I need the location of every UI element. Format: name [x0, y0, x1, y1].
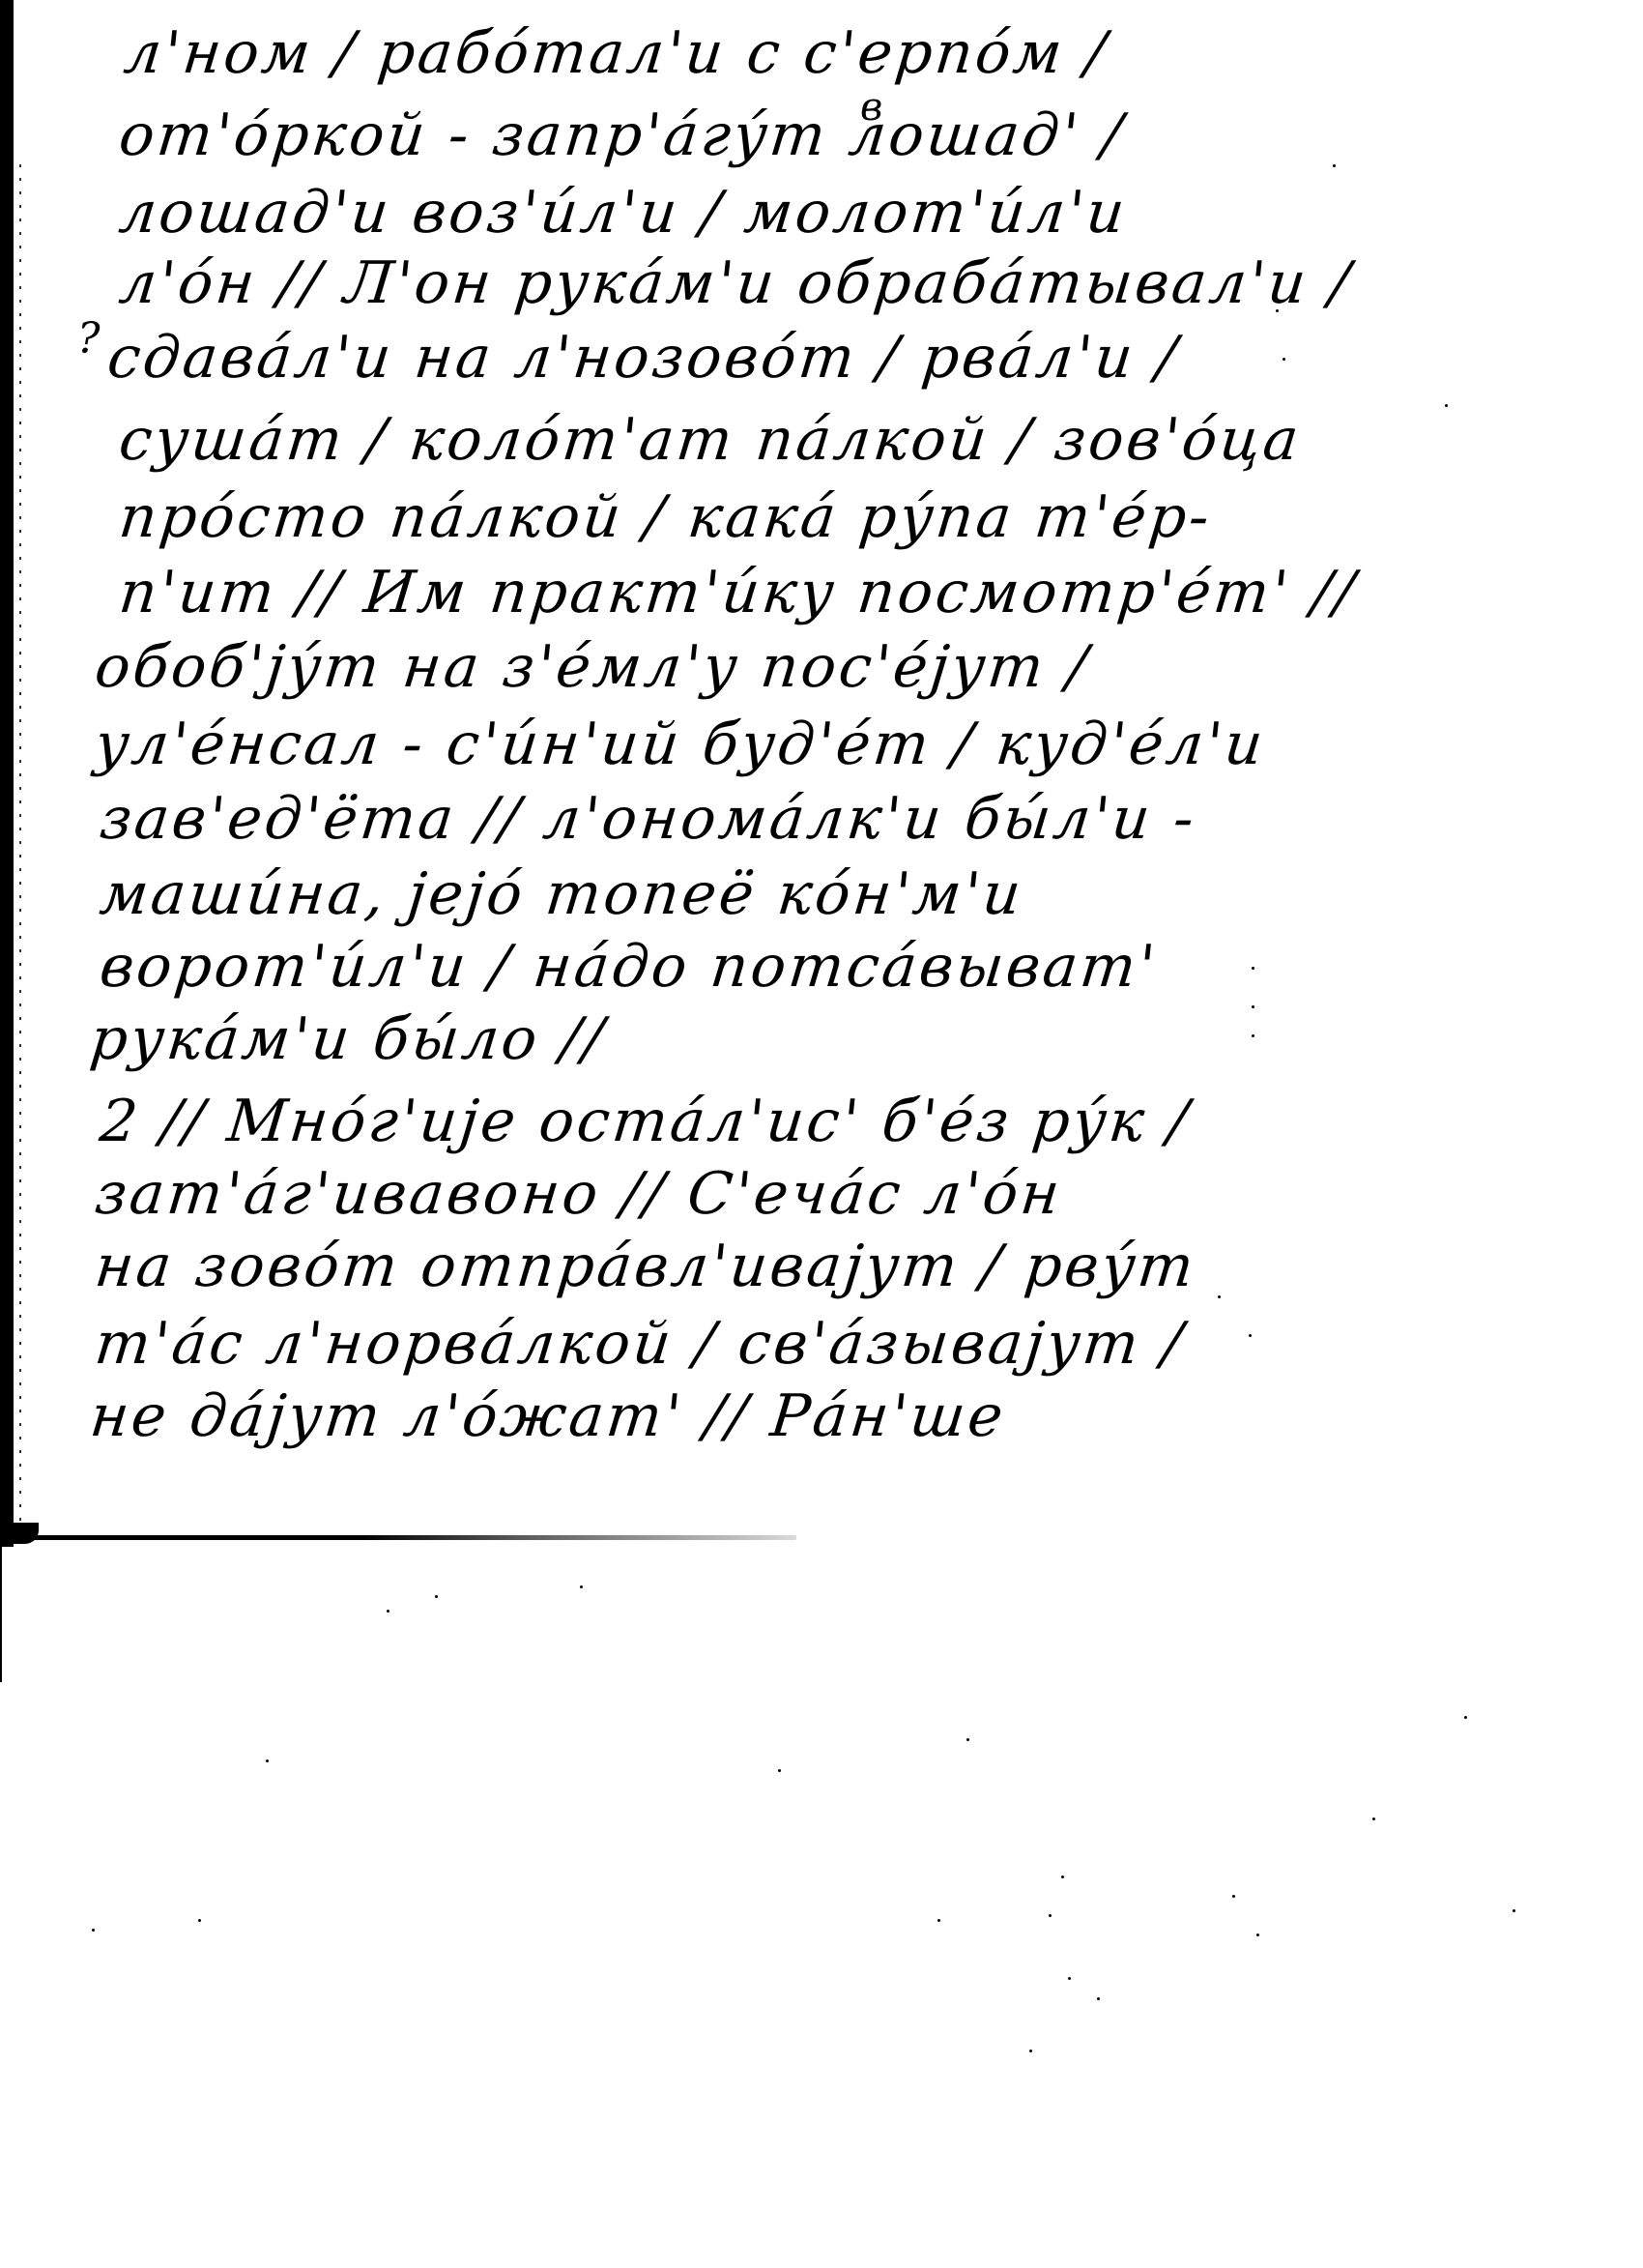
scan-speck [198, 1919, 201, 1922]
scan-speck [1445, 404, 1448, 407]
scan-speck [1029, 2050, 1032, 2052]
scan-speck [387, 1610, 389, 1613]
text-line: т'а́с л'норва́лкой / св'а́зывајут / [92, 1310, 1188, 1378]
scan-speck [1061, 1875, 1064, 1878]
scan-speck [1218, 1295, 1221, 1298]
text-line: зав'ед'ёта // л'онома́лк'и бы́л'и - [97, 785, 1199, 853]
scan-speck [580, 1585, 583, 1588]
scan-left-border [0, 0, 14, 1547]
text-line: сдава́л'и на л'нозово́т / рва́л'и / [104, 324, 1182, 392]
scan-speck [1249, 1334, 1252, 1337]
scan-bottom-edge [4, 1535, 796, 1540]
text-line: от'о́ркой - запр'а́гу́т лошад' / [116, 102, 1128, 169]
scan-speck [1464, 1716, 1467, 1719]
scan-speck [1513, 1909, 1515, 1912]
scan-speck [435, 1595, 438, 1598]
margin-question-mark: ? [77, 314, 101, 363]
scanned-page: ? л'ном / рабо́тал'и с с'ерпо́м / от'о́р… [0, 0, 1643, 2268]
scan-speck [778, 1769, 781, 1772]
scan-speck [1049, 1914, 1052, 1917]
scan-speck [1333, 164, 1336, 167]
scan-speck [1252, 1005, 1254, 1008]
scan-speck [1252, 967, 1254, 970]
scan-speck [1068, 1977, 1071, 1980]
text-line: п'ит // Им практ'и́ку посмотр'е́т' // [116, 559, 1361, 626]
text-line: маши́на, јејо́ топеё ко́н'м'и [97, 860, 1026, 928]
text-line: ул'е́нсал - с'и́н'ий буд'е́т / куд'е́л'и [92, 711, 1269, 778]
scan-speck [1256, 1934, 1259, 1936]
scan-speck [92, 1929, 95, 1932]
insertion-mark: в [860, 85, 882, 130]
text-line: зат'а́г'ивавоно // С'еча́с л'о́н [92, 1160, 1065, 1228]
scan-speck [966, 1738, 969, 1741]
scan-speck [1252, 1034, 1254, 1037]
text-line: на зово́т отпра́вл'ивајут / рву́т [92, 1233, 1199, 1300]
scan-speck [1276, 309, 1279, 312]
text-line: ворот'и́л'и / на́до потса́выват' [97, 933, 1161, 1001]
text-line: л'ном / рабо́тал'и с с'ерпо́м / [121, 19, 1111, 87]
text-line: рука́м'и бы́ло // [87, 1005, 609, 1073]
scan-speck [1232, 1895, 1235, 1898]
scan-left-edge [0, 1547, 2, 1682]
text-line: не да́јут л'о́жат' // Ра́н'ше [87, 1382, 1009, 1450]
scan-speck [1372, 1817, 1375, 1820]
text-line: про́сто па́лкой / кака́ ру́па т'е́р- [116, 483, 1215, 551]
text-line: лошад'и воз'и́л'и / молот'и́л'и [116, 179, 1131, 247]
scan-corner [0, 1523, 39, 1544]
scan-speck [1097, 1997, 1100, 2000]
text-line: 2 // Мно́г'ије оста́л'ис' б'е́з ру́к / [97, 1088, 1194, 1155]
scan-speck [937, 1919, 940, 1922]
text-line: л'о́н // Л'он рука́м'и обраба́тывал'и / [116, 249, 1356, 317]
scan-border-noise [19, 164, 21, 1537]
scan-speck [1283, 358, 1285, 361]
text-line: обоб'ју́т на з'е́мл'у пос'е́јут / [92, 633, 1093, 701]
text-line: суша́т / коло́т'ат па́лкой / зов'о́ца [116, 406, 1305, 474]
scan-speck [266, 1759, 269, 1762]
